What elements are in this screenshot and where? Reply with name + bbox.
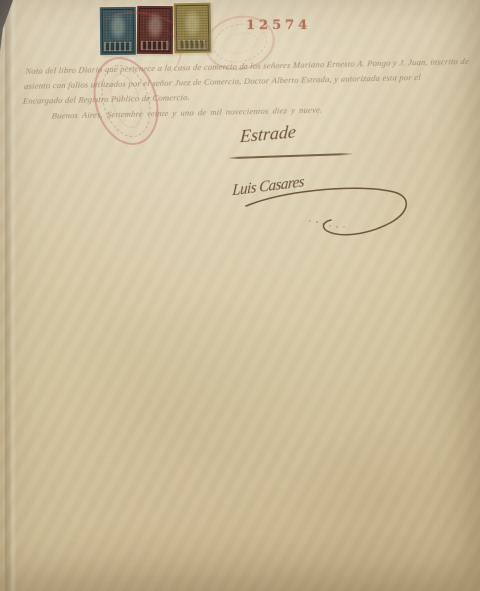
scanned-document-page: 12574 Nota del libro Diario que pertenec… bbox=[0, 0, 480, 591]
stamp-value-band bbox=[104, 42, 132, 51]
stamp-value-band bbox=[178, 40, 207, 50]
revenue-stamp-blue-icon bbox=[100, 7, 137, 55]
revenue-stamp-maroon-icon bbox=[137, 6, 173, 54]
manuscript-note: Nota del libro Diario que pertenece a la… bbox=[21, 54, 464, 124]
stamp-value-band bbox=[141, 41, 169, 50]
paper-left-crease bbox=[5, 0, 17, 591]
folio-number-stamp: 12574 bbox=[246, 18, 311, 33]
ink-speckles bbox=[316, 221, 318, 223]
